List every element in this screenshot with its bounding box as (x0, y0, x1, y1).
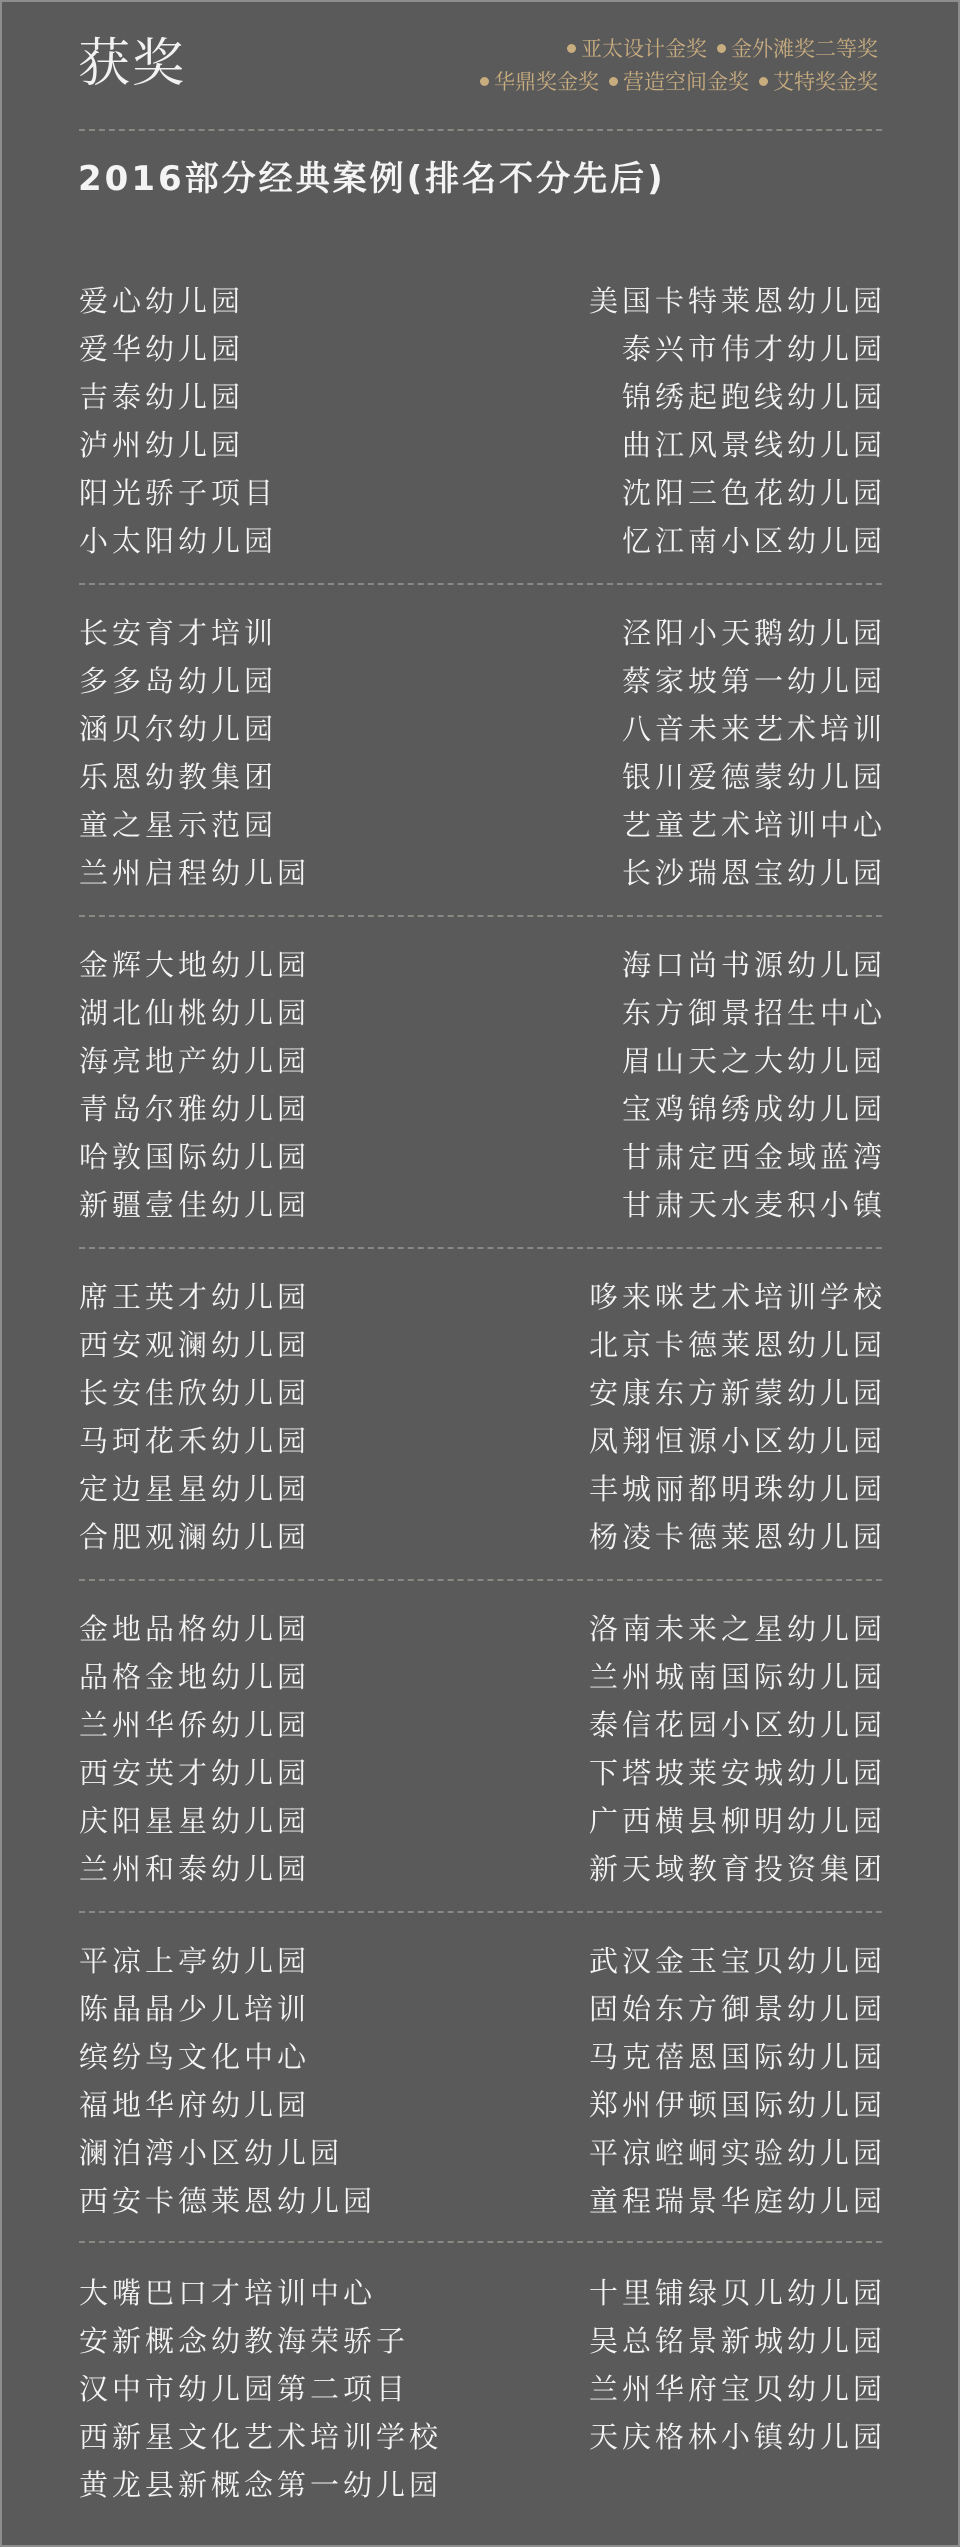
case-name-right: 兰州城南国际幼儿园 (589, 1657, 886, 1697)
case-name-left: 长安佳欣幼儿园 (79, 1373, 310, 1413)
case-section-6: 平凉上亭幼儿园武汉金玉宝贝幼儿园陈晶晶少儿培训固始东方御景幼儿园缤纷鸟文化中心马… (79, 1947, 882, 2235)
award-item: 金外滩奖二等奖 (717, 33, 878, 66)
page-title: 获奖 (78, 32, 186, 96)
case-name-right: 泾阳小天鹅幼儿园 (622, 613, 886, 653)
case-name-right: 忆江南小区幼儿园 (622, 521, 886, 561)
case-name-left: 平凉上亭幼儿园 (79, 1941, 310, 1981)
case-name-left: 爱华幼儿园 (79, 329, 244, 369)
case-name-right: 十里铺绿贝儿幼儿园 (589, 2273, 886, 2313)
case-name-left: 澜泊湾小区幼儿园 (79, 2133, 343, 2173)
case-section-7: 大嘴巴口才培训中心十里铺绿贝儿幼儿园安新概念幼教海荣骄子吴总铭景新城幼儿园汉中市… (79, 2279, 882, 2519)
awards-cases-panel: 获奖 亚太设计金奖金外滩奖二等奖 华鼎奖金奖营造空间金奖艾特奖金奖 2016部分… (0, 0, 960, 2547)
case-row: 新疆壹佳幼儿园甘肃天水麦积小镇 (79, 1191, 882, 1239)
divider (79, 2241, 882, 2243)
case-row: 西安观澜幼儿园北京卡德莱恩幼儿园 (79, 1331, 882, 1379)
case-name-right: 郑州伊顿国际幼儿园 (589, 2085, 886, 2125)
case-name-left: 西新星文化艺术培训学校 (79, 2417, 442, 2457)
case-row: 爱心幼儿园美国卡特莱恩幼儿园 (79, 287, 882, 335)
case-row: 西安卡德莱恩幼儿园童程瑞景华庭幼儿园 (79, 2187, 882, 2235)
case-name-left: 陈晶晶少儿培训 (79, 1989, 310, 2029)
case-name-left: 新疆壹佳幼儿园 (79, 1185, 310, 1225)
case-name-left: 品格金地幼儿园 (79, 1657, 310, 1697)
case-name-left: 乐恩幼教集团 (79, 757, 277, 797)
case-name-left: 阳光骄子项目 (79, 473, 277, 513)
case-name-left: 兰州启程幼儿园 (79, 853, 310, 893)
case-row: 席王英才幼儿园哆来咪艺术培训学校 (79, 1283, 882, 1331)
case-name-right: 马克蓓恩国际幼儿园 (589, 2037, 886, 2077)
case-name-left: 小太阳幼儿园 (79, 521, 277, 561)
case-row: 泸州幼儿园曲江风景线幼儿园 (79, 431, 882, 479)
case-name-right: 甘肃天水麦积小镇 (622, 1185, 886, 1225)
case-name-left: 合肥观澜幼儿园 (79, 1517, 310, 1557)
section-subtitle: 2016部分经典案例(排名不分先后) (78, 154, 666, 204)
case-name-right: 八音未来艺术培训 (622, 709, 886, 749)
divider (79, 1247, 882, 1249)
case-row: 金辉大地幼儿园海口尚书源幼儿园 (79, 951, 882, 999)
case-name-left: 爱心幼儿园 (79, 281, 244, 321)
case-row: 福地华府幼儿园郑州伊顿国际幼儿园 (79, 2091, 882, 2139)
case-row: 长安育才培训泾阳小天鹅幼儿园 (79, 619, 882, 667)
case-name-right: 艺童艺术培训中心 (622, 805, 886, 845)
case-name-right: 曲江风景线幼儿园 (622, 425, 886, 465)
case-name-right: 东方御景招生中心 (622, 993, 886, 1033)
case-name-left: 席王英才幼儿园 (79, 1277, 310, 1317)
divider (79, 915, 882, 917)
awards-row-1: 亚太设计金奖金外滩奖二等奖 (470, 33, 878, 66)
case-row: 品格金地幼儿园兰州城南国际幼儿园 (79, 1663, 882, 1711)
case-name-right: 泰信花园小区幼儿园 (589, 1705, 886, 1745)
case-row: 长安佳欣幼儿园安康东方新蒙幼儿园 (79, 1379, 882, 1427)
case-name-right: 童程瑞景华庭幼儿园 (589, 2181, 886, 2221)
case-name-left: 湖北仙桃幼儿园 (79, 993, 310, 1033)
case-row: 缤纷鸟文化中心马克蓓恩国际幼儿园 (79, 2043, 882, 2091)
case-row: 大嘴巴口才培训中心十里铺绿贝儿幼儿园 (79, 2279, 882, 2327)
case-name-left: 安新概念幼教海荣骄子 (79, 2321, 409, 2361)
case-name-left: 泸州幼儿园 (79, 425, 244, 465)
case-name-right: 天庆格林小镇幼儿园 (589, 2417, 886, 2457)
case-name-left: 庆阳星星幼儿园 (79, 1801, 310, 1841)
case-row: 兰州和泰幼儿园新天域教育投资集团 (79, 1855, 882, 1903)
divider (79, 1911, 882, 1913)
case-row: 兰州启程幼儿园长沙瑞恩宝幼儿园 (79, 859, 882, 907)
case-name-right: 宝鸡锦绣成幼儿园 (622, 1089, 886, 1129)
case-name-right: 兰州华府宝贝幼儿园 (589, 2369, 886, 2409)
case-row: 吉泰幼儿园锦绣起跑线幼儿园 (79, 383, 882, 431)
award-item: 艾特奖金奖 (759, 66, 878, 99)
case-name-left: 西安卡德莱恩幼儿园 (79, 2181, 376, 2221)
case-name-right: 甘肃定西金域蓝湾 (622, 1137, 886, 1177)
case-name-left: 多多岛幼儿园 (79, 661, 277, 701)
case-name-right: 武汉金玉宝贝幼儿园 (589, 1941, 886, 1981)
case-name-right: 沈阳三色花幼儿园 (622, 473, 886, 513)
case-row: 黄龙县新概念第一幼儿园 (79, 2471, 882, 2519)
case-name-left: 汉中市幼儿园第二项目 (79, 2369, 409, 2409)
case-row: 涵贝尔幼儿园八音未来艺术培训 (79, 715, 882, 763)
case-row: 多多岛幼儿园蔡家坡第一幼儿园 (79, 667, 882, 715)
case-row: 兰州华侨幼儿园泰信花园小区幼儿园 (79, 1711, 882, 1759)
case-name-left: 哈敦国际幼儿园 (79, 1137, 310, 1177)
case-name-left: 青岛尔雅幼儿园 (79, 1089, 310, 1129)
case-section-2: 长安育才培训泾阳小天鹅幼儿园多多岛幼儿园蔡家坡第一幼儿园涵贝尔幼儿园八音未来艺术… (79, 619, 882, 907)
divider (79, 583, 882, 585)
bullet-dot-icon (480, 77, 489, 86)
case-row: 定边星星幼儿园丰城丽都明珠幼儿园 (79, 1475, 882, 1523)
case-name-left: 缤纷鸟文化中心 (79, 2037, 310, 2077)
case-name-right: 美国卡特莱恩幼儿园 (589, 281, 886, 321)
case-name-left: 童之星示范园 (79, 805, 277, 845)
case-name-right: 海口尚书源幼儿园 (622, 945, 886, 985)
case-name-left: 海亮地产幼儿园 (79, 1041, 310, 1081)
case-row: 金地品格幼儿园洛南未来之星幼儿园 (79, 1615, 882, 1663)
case-name-left: 吉泰幼儿园 (79, 377, 244, 417)
case-name-left: 马珂花禾幼儿园 (79, 1421, 310, 1461)
awards-list: 亚太设计金奖金外滩奖二等奖 华鼎奖金奖营造空间金奖艾特奖金奖 (470, 33, 878, 99)
case-section-3: 金辉大地幼儿园海口尚书源幼儿园湖北仙桃幼儿园东方御景招生中心海亮地产幼儿园眉山天… (79, 951, 882, 1239)
case-row: 青岛尔雅幼儿园宝鸡锦绣成幼儿园 (79, 1095, 882, 1143)
case-name-right: 蔡家坡第一幼儿园 (622, 661, 886, 701)
case-section-5: 金地品格幼儿园洛南未来之星幼儿园品格金地幼儿园兰州城南国际幼儿园兰州华侨幼儿园泰… (79, 1615, 882, 1903)
case-row: 澜泊湾小区幼儿园平凉崆峒实验幼儿园 (79, 2139, 882, 2187)
bullet-dot-icon (567, 44, 576, 53)
case-name-right: 洛南未来之星幼儿园 (589, 1609, 886, 1649)
awards-row-2: 华鼎奖金奖营造空间金奖艾特奖金奖 (470, 66, 878, 99)
award-item: 华鼎奖金奖 (480, 66, 599, 99)
case-name-left: 涵贝尔幼儿园 (79, 709, 277, 749)
case-row: 平凉上亭幼儿园武汉金玉宝贝幼儿园 (79, 1947, 882, 1995)
case-name-left: 长安育才培训 (79, 613, 277, 653)
case-name-left: 兰州和泰幼儿园 (79, 1849, 310, 1889)
case-name-right: 下塔坡莱安城幼儿园 (589, 1753, 886, 1793)
case-name-left: 大嘴巴口才培训中心 (79, 2273, 376, 2313)
case-name-right: 凤翔恒源小区幼儿园 (589, 1421, 886, 1461)
case-name-left: 西安英才幼儿园 (79, 1753, 310, 1793)
case-row: 乐恩幼教集团银川爱德蒙幼儿园 (79, 763, 882, 811)
bullet-dot-icon (609, 77, 618, 86)
case-section-1: 爱心幼儿园美国卡特莱恩幼儿园爱华幼儿园泰兴市伟才幼儿园吉泰幼儿园锦绣起跑线幼儿园… (79, 287, 882, 575)
case-name-right: 银川爱德蒙幼儿园 (622, 757, 886, 797)
case-row: 西新星文化艺术培训学校天庆格林小镇幼儿园 (79, 2423, 882, 2471)
case-name-right: 丰城丽都明珠幼儿园 (589, 1469, 886, 1509)
case-name-left: 黄龙县新概念第一幼儿园 (79, 2465, 442, 2505)
award-item: 亚太设计金奖 (567, 33, 707, 66)
case-name-left: 金辉大地幼儿园 (79, 945, 310, 985)
case-row: 合肥观澜幼儿园杨凌卡德莱恩幼儿园 (79, 1523, 882, 1571)
case-name-right: 泰兴市伟才幼儿园 (622, 329, 886, 369)
case-row: 陈晶晶少儿培训固始东方御景幼儿园 (79, 1995, 882, 2043)
case-name-left: 金地品格幼儿园 (79, 1609, 310, 1649)
case-name-left: 福地华府幼儿园 (79, 2085, 310, 2125)
case-section-4: 席王英才幼儿园哆来咪艺术培训学校西安观澜幼儿园北京卡德莱恩幼儿园长安佳欣幼儿园安… (79, 1283, 882, 1571)
case-name-right: 锦绣起跑线幼儿园 (622, 377, 886, 417)
case-name-right: 眉山天之大幼儿园 (622, 1041, 886, 1081)
case-row: 湖北仙桃幼儿园东方御景招生中心 (79, 999, 882, 1047)
case-row: 海亮地产幼儿园眉山天之大幼儿园 (79, 1047, 882, 1095)
case-row: 童之星示范园艺童艺术培训中心 (79, 811, 882, 859)
award-item: 营造空间金奖 (609, 66, 749, 99)
case-name-right: 哆来咪艺术培训学校 (589, 1277, 886, 1317)
case-name-left: 定边星星幼儿园 (79, 1469, 310, 1509)
case-row: 西安英才幼儿园下塔坡莱安城幼儿园 (79, 1759, 882, 1807)
case-name-right: 安康东方新蒙幼儿园 (589, 1373, 886, 1413)
case-row: 汉中市幼儿园第二项目兰州华府宝贝幼儿园 (79, 2375, 882, 2423)
case-name-right: 吴总铭景新城幼儿园 (589, 2321, 886, 2361)
case-row: 马珂花禾幼儿园凤翔恒源小区幼儿园 (79, 1427, 882, 1475)
case-name-right: 广西横县柳明幼儿园 (589, 1801, 886, 1841)
case-row: 庆阳星星幼儿园广西横县柳明幼儿园 (79, 1807, 882, 1855)
case-row: 安新概念幼教海荣骄子吴总铭景新城幼儿园 (79, 2327, 882, 2375)
case-name-right: 长沙瑞恩宝幼儿园 (622, 853, 886, 893)
case-name-right: 北京卡德莱恩幼儿园 (589, 1325, 886, 1365)
case-name-left: 兰州华侨幼儿园 (79, 1705, 310, 1745)
case-name-right: 平凉崆峒实验幼儿园 (589, 2133, 886, 2173)
case-name-right: 新天域教育投资集团 (589, 1849, 886, 1889)
case-row: 小太阳幼儿园忆江南小区幼儿园 (79, 527, 882, 575)
case-name-right: 固始东方御景幼儿园 (589, 1989, 886, 2029)
divider (79, 129, 882, 131)
case-name-right: 杨凌卡德莱恩幼儿园 (589, 1517, 886, 1557)
bullet-dot-icon (717, 44, 726, 53)
divider (79, 1579, 882, 1581)
case-row: 哈敦国际幼儿园甘肃定西金域蓝湾 (79, 1143, 882, 1191)
bullet-dot-icon (759, 77, 768, 86)
case-name-left: 西安观澜幼儿园 (79, 1325, 310, 1365)
case-row: 爱华幼儿园泰兴市伟才幼儿园 (79, 335, 882, 383)
case-row: 阳光骄子项目沈阳三色花幼儿园 (79, 479, 882, 527)
